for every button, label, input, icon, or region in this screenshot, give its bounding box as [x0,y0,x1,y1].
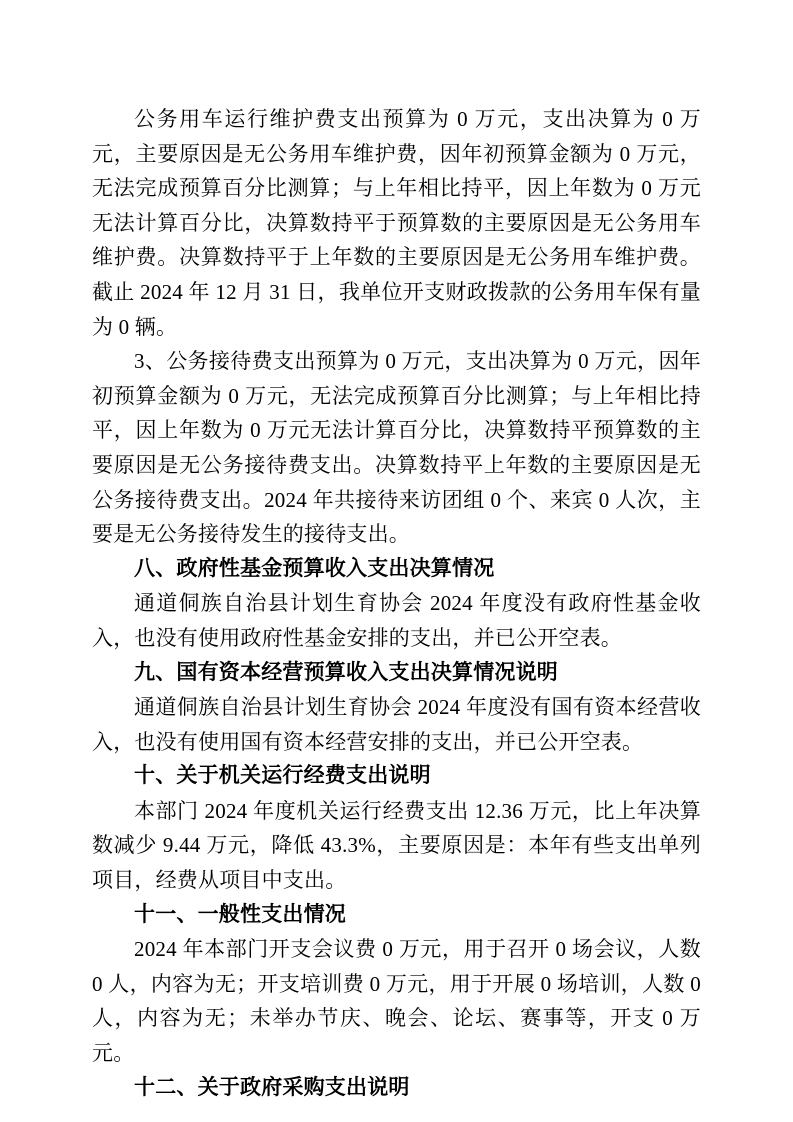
paragraph-general-expenditure: 2024 年本部门开支会议费 0 万元，用于召开 0 场会议，人数 0 人，内容… [92,932,701,1070]
heading-section-9-state-capital-budget: 九、国有资本经营预算收入支出决算情况说明 [92,656,701,691]
heading-section-10-agency-operating-expense: 十、关于机关运行经费支出说明 [92,759,701,794]
paragraph-official-vehicle-maintenance: 公务用车运行维护费支出预算为 0 万元，支出决算为 0 万元，主要原因是无公务用… [92,102,701,344]
heading-section-11-general-expenditure: 十一、一般性支出情况 [92,898,701,933]
document-page: 公务用车运行维护费支出预算为 0 万元，支出决算为 0 万元，主要原因是无公务用… [0,0,793,1122]
paragraph-official-reception-expense: 3、公务接待费支出预算为 0 万元，支出决算为 0 万元，因年初预算金额为 0 … [92,344,701,552]
heading-section-8-government-fund-budget: 八、政府性基金预算收入支出决算情况 [92,552,701,587]
paragraph-agency-operating-expense: 本部门 2024 年度机关运行经费支出 12.36 万元，比上年决算数减少 9.… [92,794,701,898]
paragraph-government-fund-statement: 通道侗族自治县计划生育协会 2024 年度没有政府性基金收入，也没有使用政府性基… [92,586,701,655]
paragraph-state-capital-statement: 通道侗族自治县计划生育协会 2024 年度没有国有资本经营收入，也没有使用国有资… [92,690,701,759]
heading-section-12-government-procurement: 十二、关于政府采购支出说明 [92,1071,701,1106]
